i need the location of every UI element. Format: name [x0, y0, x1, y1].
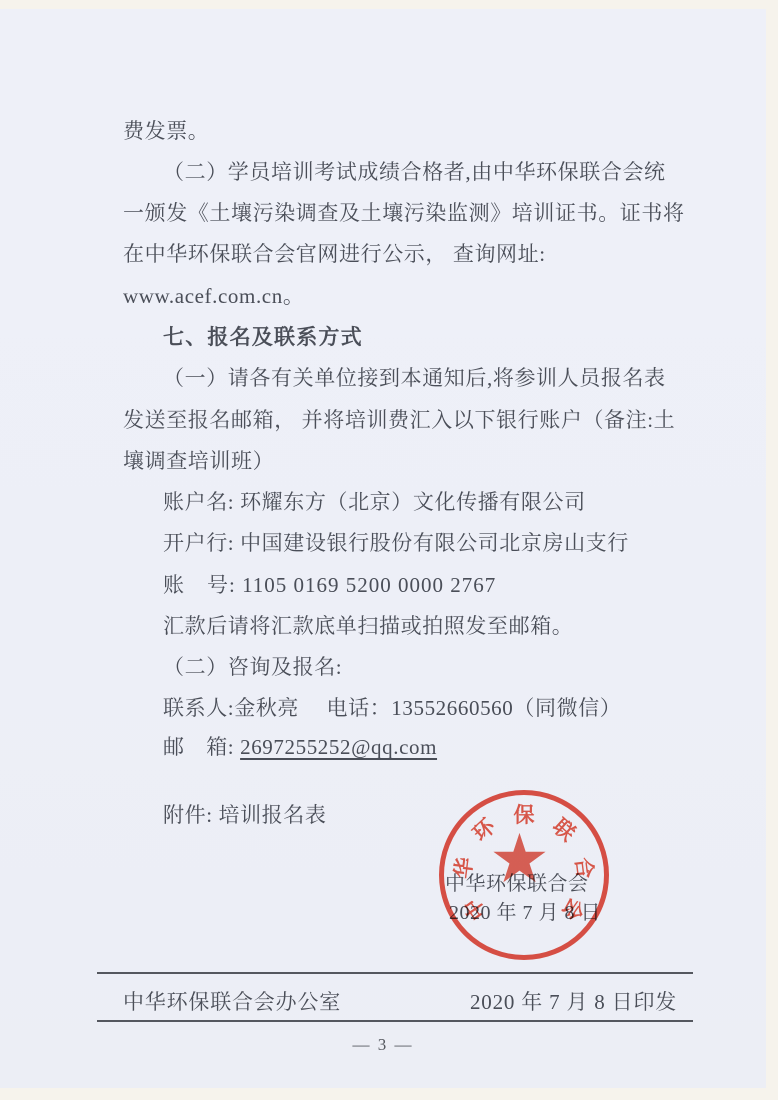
body-line: 汇款后请将汇款底单扫描或拍照发至邮箱。 — [163, 610, 573, 640]
section-heading: 七、报名及联系方式 — [163, 321, 363, 351]
footer-print-date: 2020 年 7 月 8 日印发 — [470, 986, 677, 1016]
seal-arc-char: 环 — [468, 814, 499, 845]
email-line: 邮 箱: 2697255252@qq.com — [163, 731, 437, 761]
email-label: 邮 箱: — [163, 735, 240, 759]
footer-bottom-rule — [97, 1020, 693, 1022]
body-line website-url: www.acef.com.cn。 — [123, 280, 304, 310]
bank-branch-line: 开户行: 中国建设银行股份有限公司北京房山支行 — [163, 527, 629, 557]
footer-top-rule — [97, 972, 693, 974]
email-address-link[interactable]: 2697255252@qq.com — [240, 735, 437, 759]
document-page: 费发票。 （二）学员培训考试成绩合格者,由中华环保联合会统 一颁发《土壤污染调查… — [0, 9, 766, 1088]
body-line: （二）咨询及报名: — [163, 651, 342, 681]
seal-arc-char: 联 — [548, 814, 579, 845]
attachment-line: 附件: 培训报名表 — [163, 799, 326, 829]
body-line: 一颁发《土壤污染调查及土壤污染监测》培训证书。证书将 — [123, 197, 685, 227]
account-number-line: 账 号: 1105 0169 5200 0000 2767 — [163, 569, 496, 599]
body-line: 壤调查培训班） — [123, 445, 274, 475]
page-number: — 3 — — [0, 1035, 766, 1055]
body-line: 发送至报名邮箱， 并将培训费汇入以下银行账户（备注:土 — [123, 404, 675, 434]
signature-date: 2020 年 7 月 8 日 — [449, 896, 601, 925]
signature-org: 中华环保联合会 — [445, 867, 589, 896]
body-line: 费发票。 — [123, 115, 209, 145]
footer-issuer: 中华环保联合会办公室 — [123, 986, 341, 1016]
body-line: 在中华环保联合会官网进行公示， 查询网址: — [123, 238, 546, 268]
seal-arc-char: 保 — [513, 804, 535, 826]
contact-line: 联系人:金秋亮 电话：13552660560（同微信） — [163, 692, 621, 722]
body-line: （二）学员培训考试成绩合格者,由中华环保联合会统 — [163, 156, 666, 186]
body-line: （一）请各有关单位接到本通知后,将参训人员报名表 — [163, 362, 666, 392]
account-name-line: 账户名: 环耀东方（北京）文化传播有限公司 — [163, 486, 586, 516]
